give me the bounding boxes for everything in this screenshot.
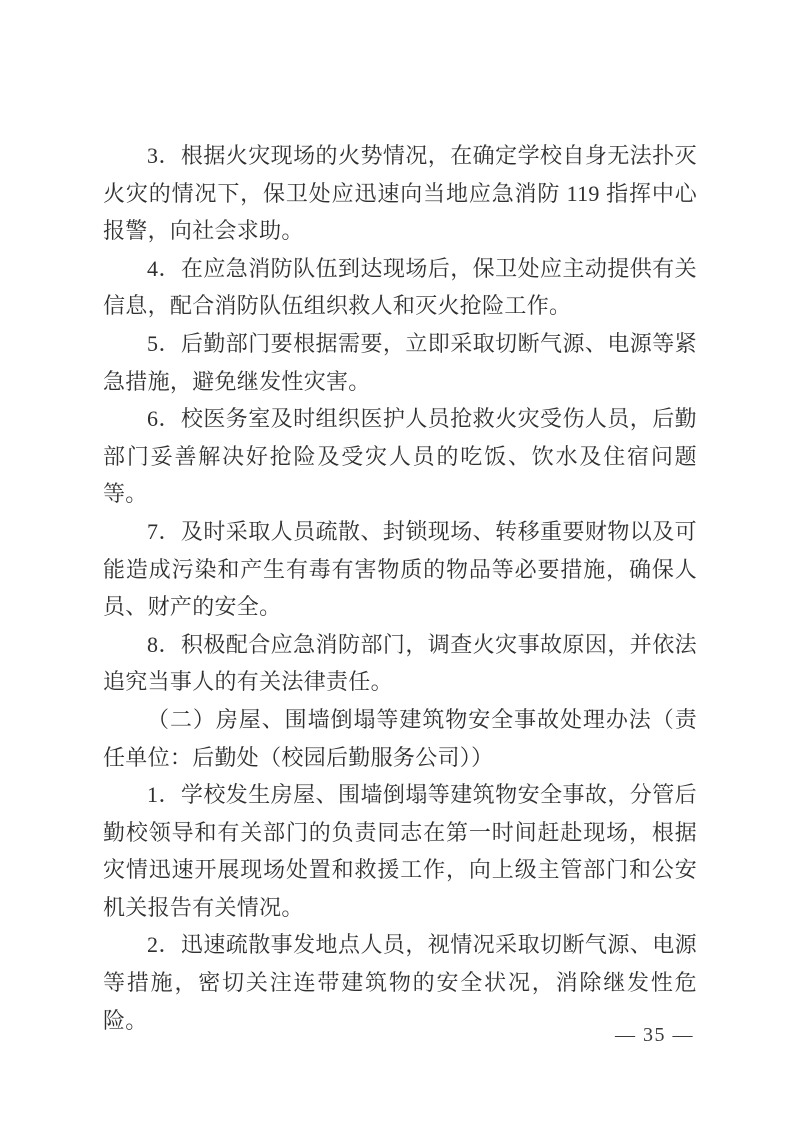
document-page: 3．根据火灾现场的火势情况，在确定学校自身无法扑灭火灾的情况下，保卫处应迅速向当… (0, 0, 793, 1122)
paragraph: 4．在应急消防队伍到达现场后，保卫处应主动提供有关信息，配合消防队伍组织救人和灭… (103, 250, 697, 325)
paragraph: 1．学校发生房屋、围墙倒塌等建筑物安全事故，分管后勤校领导和有关部门的负责同志在… (103, 776, 697, 926)
paragraph: 3．根据火灾现场的火势情况，在确定学校自身无法扑灭火灾的情况下，保卫处应迅速向当… (103, 137, 697, 250)
section-heading: （二）房屋、围墙倒塌等建筑物安全事故处理办法（责任单位：后勤处（校园后勤服务公司… (103, 701, 697, 776)
page-number: — 35 — (615, 1024, 694, 1047)
paragraph: 5．后勤部门要根据需要，立即采取切断气源、电源等紧急措施，避免继发性灾害。 (103, 325, 697, 400)
paragraph: 2．迅速疏散事发地点人员，视情况采取切断气源、电源等措施，密切关注连带建筑物的安… (103, 926, 697, 1039)
paragraph: 8．积极配合应急消防部门，调查火灾事故原因，并依法追究当事人的有关法律责任。 (103, 626, 697, 701)
paragraph: 6．校医务室及时组织医护人员抢救火灾受伤人员，后勤部门妥善解决好抢险及受灾人员的… (103, 400, 697, 513)
paragraph: 7．及时采取人员疏散、封锁现场、转移重要财物以及可能造成污染和产生有毒有害物质的… (103, 513, 697, 626)
document-body: 3．根据火灾现场的火势情况，在确定学校自身无法扑灭火灾的情况下，保卫处应迅速向当… (103, 137, 697, 1039)
